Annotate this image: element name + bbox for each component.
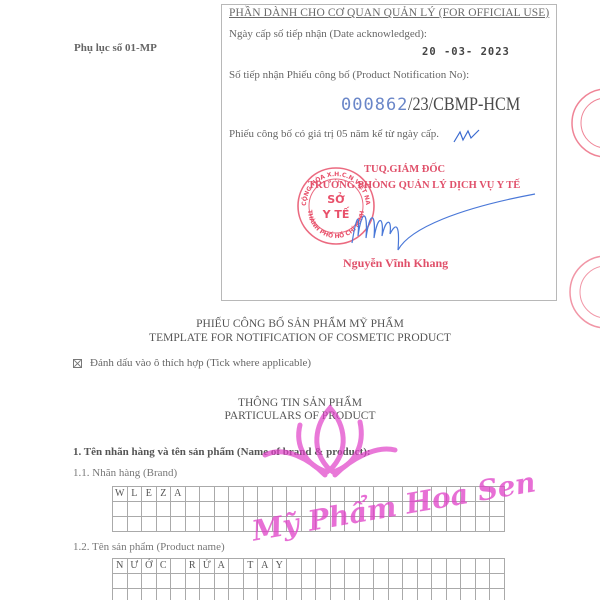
char-cell — [330, 589, 345, 600]
signature-icon — [340, 188, 540, 258]
char-cell — [243, 574, 258, 589]
brand-char-grid: WLEZA — [112, 486, 505, 532]
char-cell — [388, 559, 403, 574]
char-cell: A — [171, 487, 186, 502]
char-cell — [142, 589, 157, 600]
char-cell — [156, 517, 171, 532]
date-acknowledged-label: Ngày cấp số tiếp nhận (Date acknowledged… — [229, 28, 427, 40]
char-cell — [388, 517, 403, 532]
char-cell — [214, 589, 229, 600]
char-cell — [272, 517, 287, 532]
notification-number-stamped: 000862 — [341, 95, 408, 115]
char-cell — [461, 574, 476, 589]
char-cell — [200, 589, 215, 600]
char-cell: Y — [272, 559, 287, 574]
char-cell — [185, 502, 200, 517]
char-cell — [287, 589, 302, 600]
char-cell — [345, 502, 360, 517]
char-cell — [301, 559, 316, 574]
char-cell — [345, 589, 360, 600]
char-cell — [113, 517, 128, 532]
char-cell — [156, 574, 171, 589]
char-cell — [490, 559, 505, 574]
char-cell — [388, 487, 403, 502]
char-cell — [359, 487, 374, 502]
char-cell — [113, 502, 128, 517]
char-cell — [432, 589, 447, 600]
char-cell — [229, 589, 244, 600]
char-cell — [374, 589, 389, 600]
char-cell — [417, 487, 432, 502]
char-cell — [316, 589, 331, 600]
char-cell — [403, 517, 418, 532]
char-cell — [272, 589, 287, 600]
char-cell — [490, 502, 505, 517]
char-cell — [185, 487, 200, 502]
char-cell — [461, 559, 476, 574]
char-cell — [127, 517, 142, 532]
char-cell: Ư — [127, 559, 142, 574]
char-cell — [461, 487, 476, 502]
char-cell: C — [156, 559, 171, 574]
notification-number: 000862/23/CBMP-HCM — [341, 94, 540, 116]
char-cell — [403, 487, 418, 502]
char-cell — [345, 559, 360, 574]
char-cell — [316, 502, 331, 517]
char-cell — [200, 517, 215, 532]
section-1-title: 1. Tên nhãn hàng và tên sản phẩm (Name o… — [73, 446, 371, 458]
signer-name: Nguyễn Vĩnh Khang — [343, 256, 448, 271]
char-cell — [258, 487, 273, 502]
char-cell — [330, 487, 345, 502]
char-cell — [374, 517, 389, 532]
char-cell — [171, 574, 186, 589]
char-cell — [417, 574, 432, 589]
char-cell — [388, 589, 403, 600]
char-cell — [490, 589, 505, 600]
char-cell — [403, 502, 418, 517]
char-cell — [330, 559, 345, 574]
char-cell — [258, 574, 273, 589]
char-cell — [243, 589, 258, 600]
char-cell: W — [113, 487, 128, 502]
product-name-char-grid: NƯỚCRỬATAY — [112, 558, 505, 600]
char-cell — [374, 559, 389, 574]
char-cell — [229, 487, 244, 502]
char-cell — [127, 502, 142, 517]
char-cell — [475, 559, 490, 574]
char-cell — [171, 517, 186, 532]
char-cell — [359, 574, 374, 589]
appendix-label: Phụ lục số 01-MP — [74, 42, 157, 54]
char-cell — [142, 517, 157, 532]
char-cell — [243, 502, 258, 517]
char-cell — [301, 574, 316, 589]
char-cell — [127, 574, 142, 589]
char-cell — [374, 502, 389, 517]
char-cell — [432, 502, 447, 517]
official-box-title: PHẦN DÀNH CHO CƠ QUAN QUẢN LÝ (FOR OFFIC… — [229, 7, 549, 19]
char-cell: T — [243, 559, 258, 574]
char-cell — [127, 589, 142, 600]
char-cell — [287, 487, 302, 502]
char-cell — [388, 502, 403, 517]
char-cell — [171, 559, 186, 574]
product-name-label: 1.2. Tên sản phẩm (Product name) — [73, 541, 225, 553]
char-cell — [475, 517, 490, 532]
char-cell — [113, 589, 128, 600]
char-cell — [359, 559, 374, 574]
char-cell — [359, 502, 374, 517]
char-cell — [272, 502, 287, 517]
char-cell — [287, 517, 302, 532]
char-cell — [142, 574, 157, 589]
section-heading-en: PARTICULARS OF PRODUCT — [0, 410, 600, 422]
char-cell — [446, 574, 461, 589]
char-cell — [301, 589, 316, 600]
char-cell — [301, 517, 316, 532]
char-cell — [316, 487, 331, 502]
char-cell — [200, 487, 215, 502]
char-cell — [316, 559, 331, 574]
char-cell — [417, 517, 432, 532]
char-cell — [258, 589, 273, 600]
char-cell — [272, 574, 287, 589]
char-cell — [229, 559, 244, 574]
char-cell — [330, 574, 345, 589]
char-cell — [214, 517, 229, 532]
char-cell — [345, 574, 360, 589]
char-cell — [330, 502, 345, 517]
char-cell — [461, 502, 476, 517]
char-cell — [403, 559, 418, 574]
char-cell — [417, 502, 432, 517]
char-cell — [446, 487, 461, 502]
char-cell — [417, 589, 432, 600]
partial-stamp-icon — [568, 85, 600, 165]
char-cell: N — [113, 559, 128, 574]
char-cell — [258, 517, 273, 532]
tick-instruction: Đánh dấu vào ô thích hợp (Tick where app… — [73, 357, 311, 369]
char-cell — [403, 574, 418, 589]
char-cell — [185, 517, 200, 532]
char-cell — [359, 517, 374, 532]
form-heading-vi: PHIẾU CÔNG BỐ SẢN PHẨM MỸ PHẨM — [0, 318, 600, 330]
char-cell — [287, 574, 302, 589]
char-cell — [229, 517, 244, 532]
char-cell — [171, 502, 186, 517]
notification-number-suffix: /23/CBMP-HCM — [408, 94, 520, 116]
validity-text: Phiếu công bố có giá trị 05 năm kể từ ng… — [229, 128, 439, 140]
char-cell — [475, 502, 490, 517]
char-cell — [345, 487, 360, 502]
char-cell: Ử — [200, 559, 215, 574]
char-cell — [446, 517, 461, 532]
char-cell — [243, 487, 258, 502]
char-cell — [461, 589, 476, 600]
char-cell — [214, 574, 229, 589]
char-cell — [316, 517, 331, 532]
char-cell — [156, 589, 171, 600]
char-cell — [287, 502, 302, 517]
char-cell — [432, 559, 447, 574]
char-cell — [200, 574, 215, 589]
char-cell — [258, 502, 273, 517]
char-cell — [156, 502, 171, 517]
signer-title-1: TUQ.GIÁM ĐỐC — [364, 164, 445, 175]
char-cell — [374, 574, 389, 589]
char-cell — [330, 517, 345, 532]
char-cell — [113, 574, 128, 589]
char-cell — [171, 589, 186, 600]
char-cell — [432, 517, 447, 532]
char-cell — [214, 487, 229, 502]
char-cell — [417, 559, 432, 574]
char-cell — [490, 574, 505, 589]
form-heading-en: TEMPLATE FOR NOTIFICATION OF COSMETIC PR… — [0, 332, 600, 344]
char-cell — [214, 502, 229, 517]
char-cell — [432, 574, 447, 589]
char-cell — [388, 574, 403, 589]
char-cell — [490, 487, 505, 502]
char-cell — [359, 589, 374, 600]
char-cell — [243, 517, 258, 532]
char-cell — [461, 517, 476, 532]
char-cell — [432, 487, 447, 502]
notification-number-label: Số tiếp nhận Phiếu công bố (Product Noti… — [229, 69, 469, 81]
char-cell — [301, 502, 316, 517]
char-cell — [229, 502, 244, 517]
char-cell — [185, 574, 200, 589]
char-cell — [475, 589, 490, 600]
char-cell — [403, 589, 418, 600]
char-cell: E — [142, 487, 157, 502]
char-cell: R — [185, 559, 200, 574]
char-cell: Ớ — [142, 559, 157, 574]
char-cell: A — [214, 559, 229, 574]
char-cell — [446, 559, 461, 574]
char-cell — [446, 589, 461, 600]
checked-box-icon — [73, 359, 82, 368]
char-cell — [272, 487, 287, 502]
char-cell — [229, 574, 244, 589]
tick-instruction-text: Đánh dấu vào ô thích hợp (Tick where app… — [90, 357, 311, 369]
date-acknowledged-value: 20 -03- 2023 — [422, 46, 510, 58]
brand-label: 1.1. Nhãn hàng (Brand) — [73, 467, 177, 479]
char-cell — [200, 502, 215, 517]
char-cell — [287, 559, 302, 574]
char-cell — [446, 502, 461, 517]
char-cell: A — [258, 559, 273, 574]
char-cell — [475, 487, 490, 502]
char-cell — [316, 574, 331, 589]
initial-mark-icon — [452, 128, 482, 146]
char-cell — [490, 517, 505, 532]
char-cell — [301, 487, 316, 502]
char-cell — [142, 502, 157, 517]
char-cell — [185, 589, 200, 600]
char-cell — [345, 517, 360, 532]
char-cell — [374, 487, 389, 502]
section-heading-vi: THÔNG TIN SẢN PHẨM — [0, 397, 600, 409]
char-cell — [475, 574, 490, 589]
char-cell: L — [127, 487, 142, 502]
char-cell: Z — [156, 487, 171, 502]
